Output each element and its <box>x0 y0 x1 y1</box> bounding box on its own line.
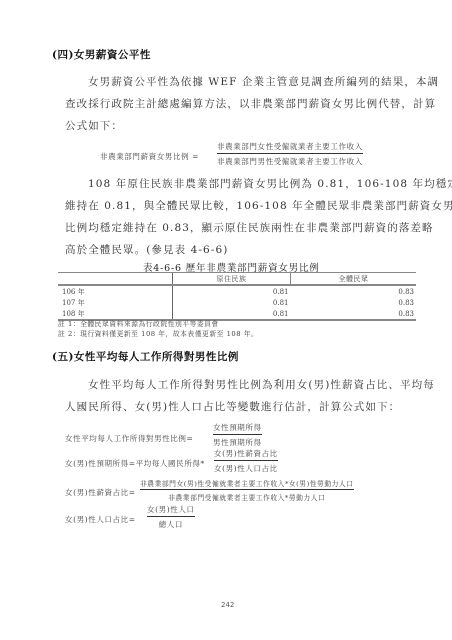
table-header-all: 全體民眾 <box>291 273 417 286</box>
row-all-value: 0.83 <box>291 285 417 297</box>
formula-1-fraction: 非農業部門女性受僱就業者主要工作收入 非農業部門男性受僱就業者主要工作收入 <box>217 141 363 167</box>
table-note-1: 註 1：全體民眾資料來源為行政院性別平等委員會 <box>58 318 219 328</box>
formula-4-lhs: 女(男)性薪資占比= <box>65 487 136 498</box>
formula-4-fraction: 非農業部門女(男)性受僱就業者主要工作收入*女(男)性勞動力人口 非農業部門受僱… <box>140 478 354 502</box>
row-year: 106 年 <box>58 285 173 297</box>
formula-3-numerator: 女(男)性薪資占比 <box>214 448 278 460</box>
page-number: 242 <box>221 601 234 609</box>
table-note-2: 註 2：現行資料僅更新至 108 年，故本表僅更新至 108 年。 <box>58 328 258 338</box>
wage-ratio-table: 原住民族 全體民眾 106 年 0.81 0.83 107 年 0.81 0.8… <box>58 272 416 321</box>
row-all-value: 0.83 <box>291 297 417 308</box>
row-indigenous-value: 0.81 <box>173 297 291 308</box>
section-4-para2-line2: 維持在 0.81，與全體民眾比較，106-108 年全體民眾非農業部門薪資女男 <box>65 196 452 216</box>
section-4-para1-line1: 女男薪資公平性為依據 WEF 企業主管意見調查所編列的結果，本調 <box>88 72 439 92</box>
document-page: (四)女男薪資公平性 女男薪資公平性為依據 WEF 企業主管意見調查所編列的結果… <box>0 0 452 640</box>
formula-3-lhs: 女(男)性預期所得=平均每人國民所得* <box>65 458 205 469</box>
formula-5-denominator: 總人口 <box>159 517 183 530</box>
formula-4-denominator: 非農業部門受僱就業者主要工作收入*勞動力人口 <box>168 490 325 502</box>
section-4-para2-line1: 108 年原住民族非農業部門薪資女男比例為 0.81，106-108 年均穩定 <box>88 174 452 194</box>
section-4-para2-line3: 比例均穩定維持在 0.83，顯示原住民族兩性在非農業部門薪資的落差略 <box>65 218 434 238</box>
section-4-para1-line3: 公式如下： <box>65 116 123 136</box>
formula-4-numerator: 非農業部門女(男)性受僱就業者主要工作收入*女(男)性勞動力人口 <box>140 478 354 489</box>
formula-2-denominator: 男性預期所得 <box>213 435 262 448</box>
section-4-para2-line4: 高於全體民眾。(參見表 4-6-6) <box>65 240 228 260</box>
section-5-para1-line2: 人國民所得、女(男)性人口占比等變數進行估計，計算公式如下： <box>65 397 400 417</box>
section-5-para1-line1: 女性平均每人工作所得對男性比例為利用女(男)性薪資占比、平均每 <box>88 375 435 395</box>
formula-3-fraction: 女(男)性薪資占比 女(男)性人口占比 <box>214 448 278 474</box>
table-header-blank <box>58 273 173 286</box>
formula-1-denominator: 非農業部門男性受僱就業者主要工作收入 <box>217 154 363 167</box>
table-header-row: 原住民族 全體民眾 <box>58 273 416 286</box>
section-5-heading: (五)女性平均每人工作所得對男性比例 <box>52 349 239 364</box>
row-all-value: 0.83 <box>291 308 417 320</box>
section-4-heading: (四)女男薪資公平性 <box>52 47 151 62</box>
formula-1-numerator: 非農業部門女性受僱就業者主要工作收入 <box>217 141 363 153</box>
formula-2-fraction: 女性預期所得 男性預期所得 <box>213 422 262 448</box>
table-header-indigenous: 原住民族 <box>173 273 291 286</box>
formula-1-lhs: 非農業部門薪資女男比例 = <box>100 151 199 162</box>
formula-2-lhs: 女性平均每人工作所得對男性比例= <box>65 433 193 444</box>
formula-2-numerator: 女性預期所得 <box>213 422 262 434</box>
row-indigenous-value: 0.81 <box>173 285 291 297</box>
table-row: 106 年 0.81 0.83 <box>58 285 416 297</box>
formula-5-fraction: 女(男)性人口 總人口 <box>147 504 195 530</box>
section-4-para1-line2: 查改採行政院主計總處編算方法，以非農業部門薪資女男比例代替，計算 <box>65 94 436 114</box>
table-row: 107 年 0.81 0.83 <box>58 297 416 308</box>
formula-5-numerator: 女(男)性人口 <box>147 504 195 516</box>
formula-3-denominator: 女(男)性人口占比 <box>214 461 278 474</box>
row-year: 107 年 <box>58 297 173 308</box>
formula-5-lhs: 女(男)性人口占比= <box>65 514 136 525</box>
